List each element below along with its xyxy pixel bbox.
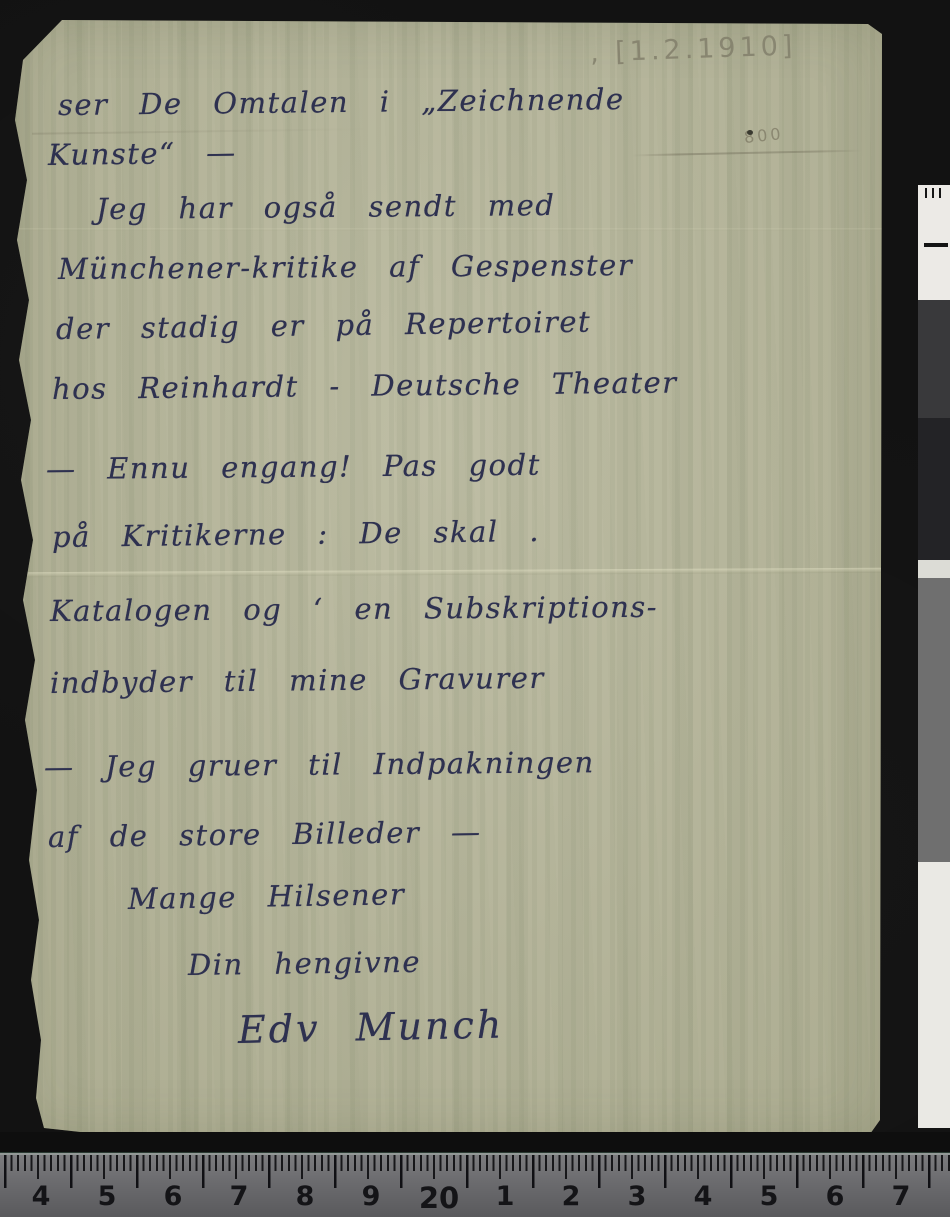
handwriting-line: ser De Omtalen i „Zeichnende: [58, 82, 625, 122]
ruler-label: 9: [354, 1181, 388, 1212]
handwriting-line: — Ennu engang! Pas godt: [46, 448, 541, 486]
target-patch-dark: [918, 300, 950, 418]
grayscale-target-strip: [918, 0, 950, 1217]
ruler-label: 5: [90, 1181, 124, 1212]
handwriting-line: Katalogen og ‘ en Subskriptions-: [50, 590, 658, 628]
target-dash-mark: [924, 243, 948, 247]
handwriting-line: af de store Billeder —: [48, 815, 482, 854]
ruler-cm-ticks: [4, 1155, 950, 1188]
target-patch-white-lower: [918, 862, 950, 1128]
centimeter-ruler: 4 5 6 7 8 9 20 1 2 3 4 5 6 7: [0, 1152, 950, 1217]
ruler-label: 6: [156, 1181, 190, 1212]
pencil-stray-line: [632, 150, 862, 157]
scanned-letter-view: , [1.2.1910] 800 ser De Omtalen i „Zeich…: [0, 0, 950, 1217]
handwriting-line: Jeg har også sendt med: [96, 188, 556, 226]
letter-paper-sheet: , [1.2.1910] 800 ser De Omtalen i „Zeich…: [12, 20, 886, 1138]
handwriting-line: indbyder til mine Gravurer: [50, 661, 545, 700]
ruler-label: 7: [884, 1181, 918, 1212]
signature: Edv Munch: [238, 1002, 505, 1052]
handwriting-line: der stadig er på Repertoiret: [56, 305, 592, 346]
ruler-label: 6: [818, 1181, 852, 1212]
pencil-faint-number: 800: [743, 124, 784, 147]
handwriting-closing-line: Din hengivne: [188, 945, 421, 982]
ruler-label: 1: [488, 1181, 522, 1212]
target-patch-gray: [918, 578, 950, 862]
ruler-label: 4: [24, 1181, 58, 1212]
handwriting-line: på Kritikerne : De skal .: [52, 514, 540, 554]
pencil-date-annotation: , [1.2.1910]: [590, 30, 797, 68]
ink-dot: [747, 130, 753, 135]
target-tick-marks: [925, 188, 941, 198]
ruler-label: 8: [288, 1181, 322, 1212]
pencil-stray-line-2: [32, 127, 432, 135]
handwriting-line: — Jeg gruer til Indpakningen: [44, 745, 595, 784]
paper-fold-crease: [12, 568, 886, 578]
handwriting-line: Münchener-kritike af Gespenster: [58, 248, 633, 286]
handwriting-line: hos Reinhardt - Deutsche Theater: [52, 365, 678, 406]
ruler-label: 4: [686, 1181, 720, 1212]
handwriting-closing-line: Mange Hilsener: [128, 877, 406, 916]
target-patch-white: [918, 185, 950, 300]
paper-crease-upper: [12, 228, 886, 231]
ruler-label: 20: [416, 1181, 462, 1215]
ruler-shadow-gap: [0, 1132, 950, 1152]
ruler-label: 7: [222, 1181, 256, 1212]
target-patch-white-thin: [918, 560, 950, 578]
ruler-label: 3: [620, 1181, 654, 1212]
ruler-label: 2: [554, 1181, 588, 1212]
ruler-label: 5: [752, 1181, 786, 1212]
target-patch-darker: [918, 418, 950, 560]
handwriting-line: Kunste“ —: [48, 135, 237, 172]
